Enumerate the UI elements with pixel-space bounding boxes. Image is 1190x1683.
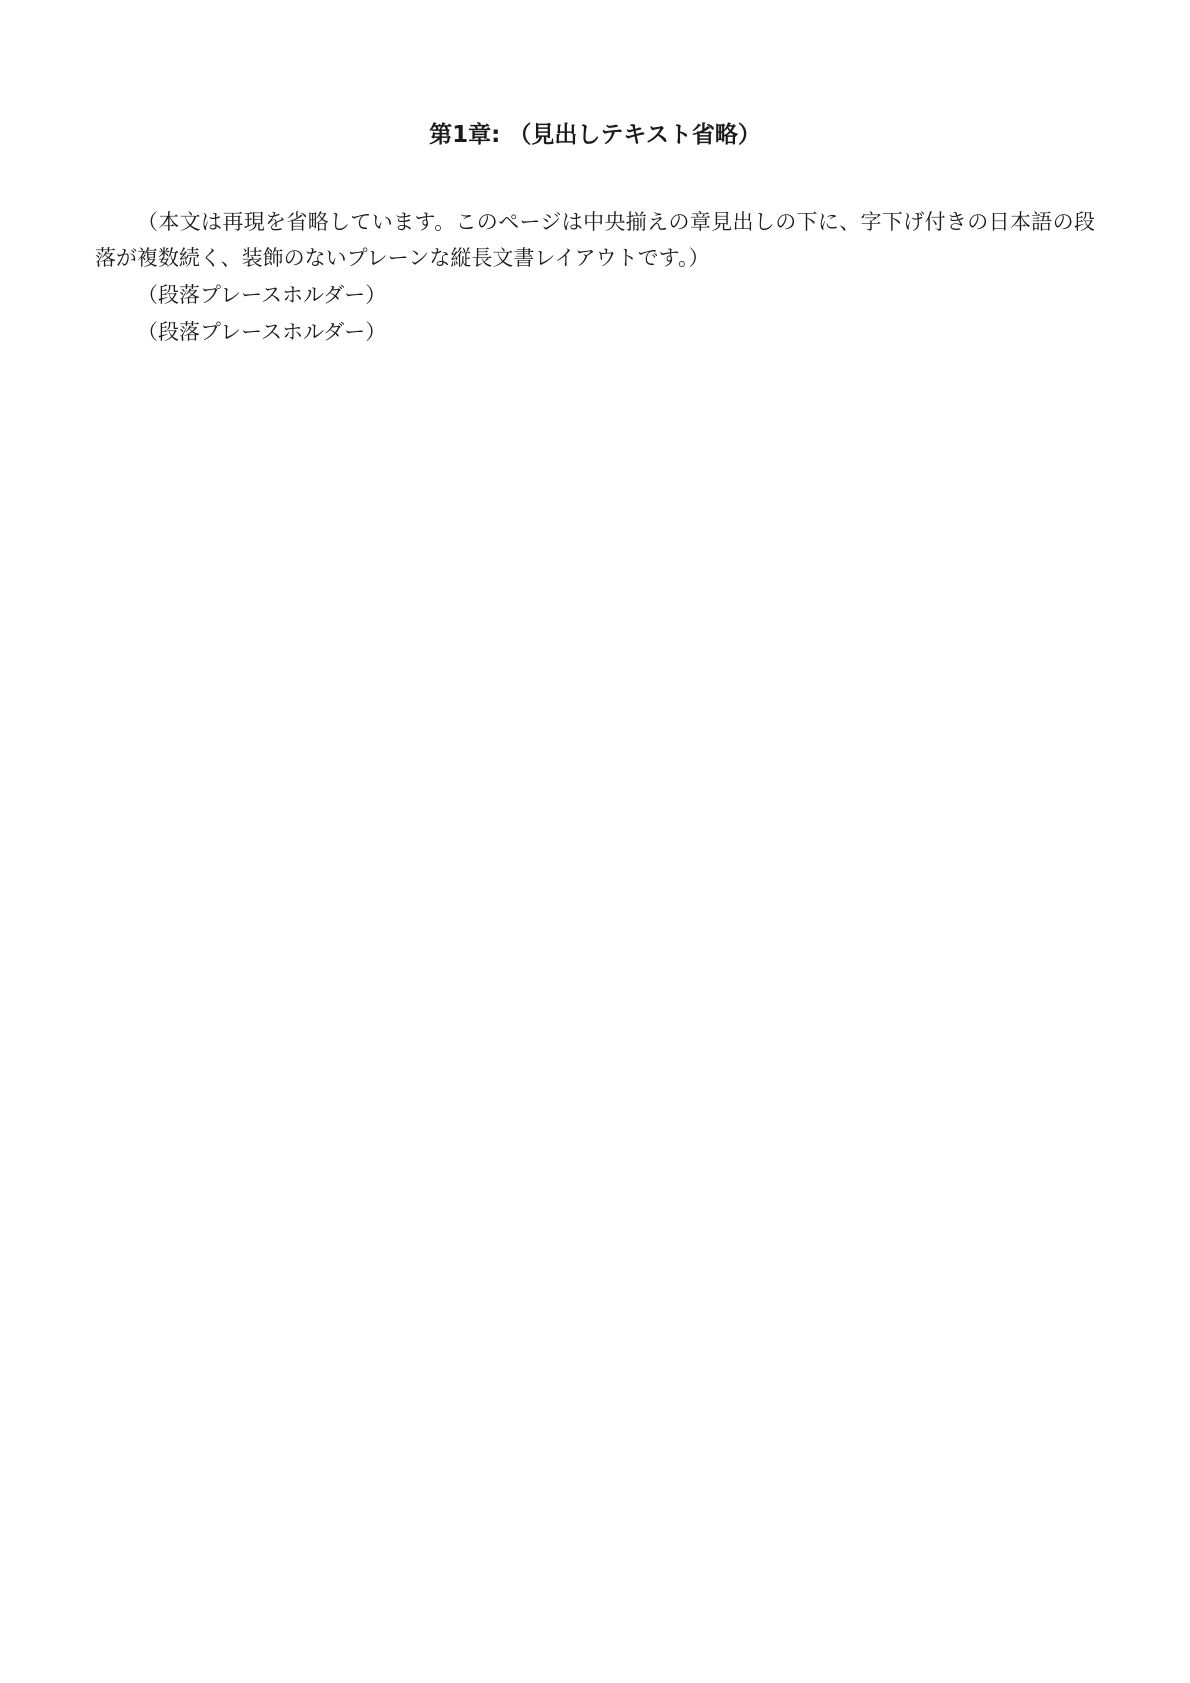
paragraph: （段落プレースホルダー）	[95, 314, 1095, 351]
paragraph: （段落プレースホルダー）	[95, 277, 1095, 314]
body-text: （本文は再現を省略しています。このページは中央揃えの章見出しの下に、字下げ付きの…	[95, 204, 1095, 351]
chapter-title: 第1章: （見出しテキスト省略）	[95, 115, 1095, 155]
document-page: 第1章: （見出しテキスト省略） （本文は再現を省略しています。このページは中央…	[0, 0, 1190, 1683]
paragraph: （本文は再現を省略しています。このページは中央揃えの章見出しの下に、字下げ付きの…	[95, 204, 1095, 278]
